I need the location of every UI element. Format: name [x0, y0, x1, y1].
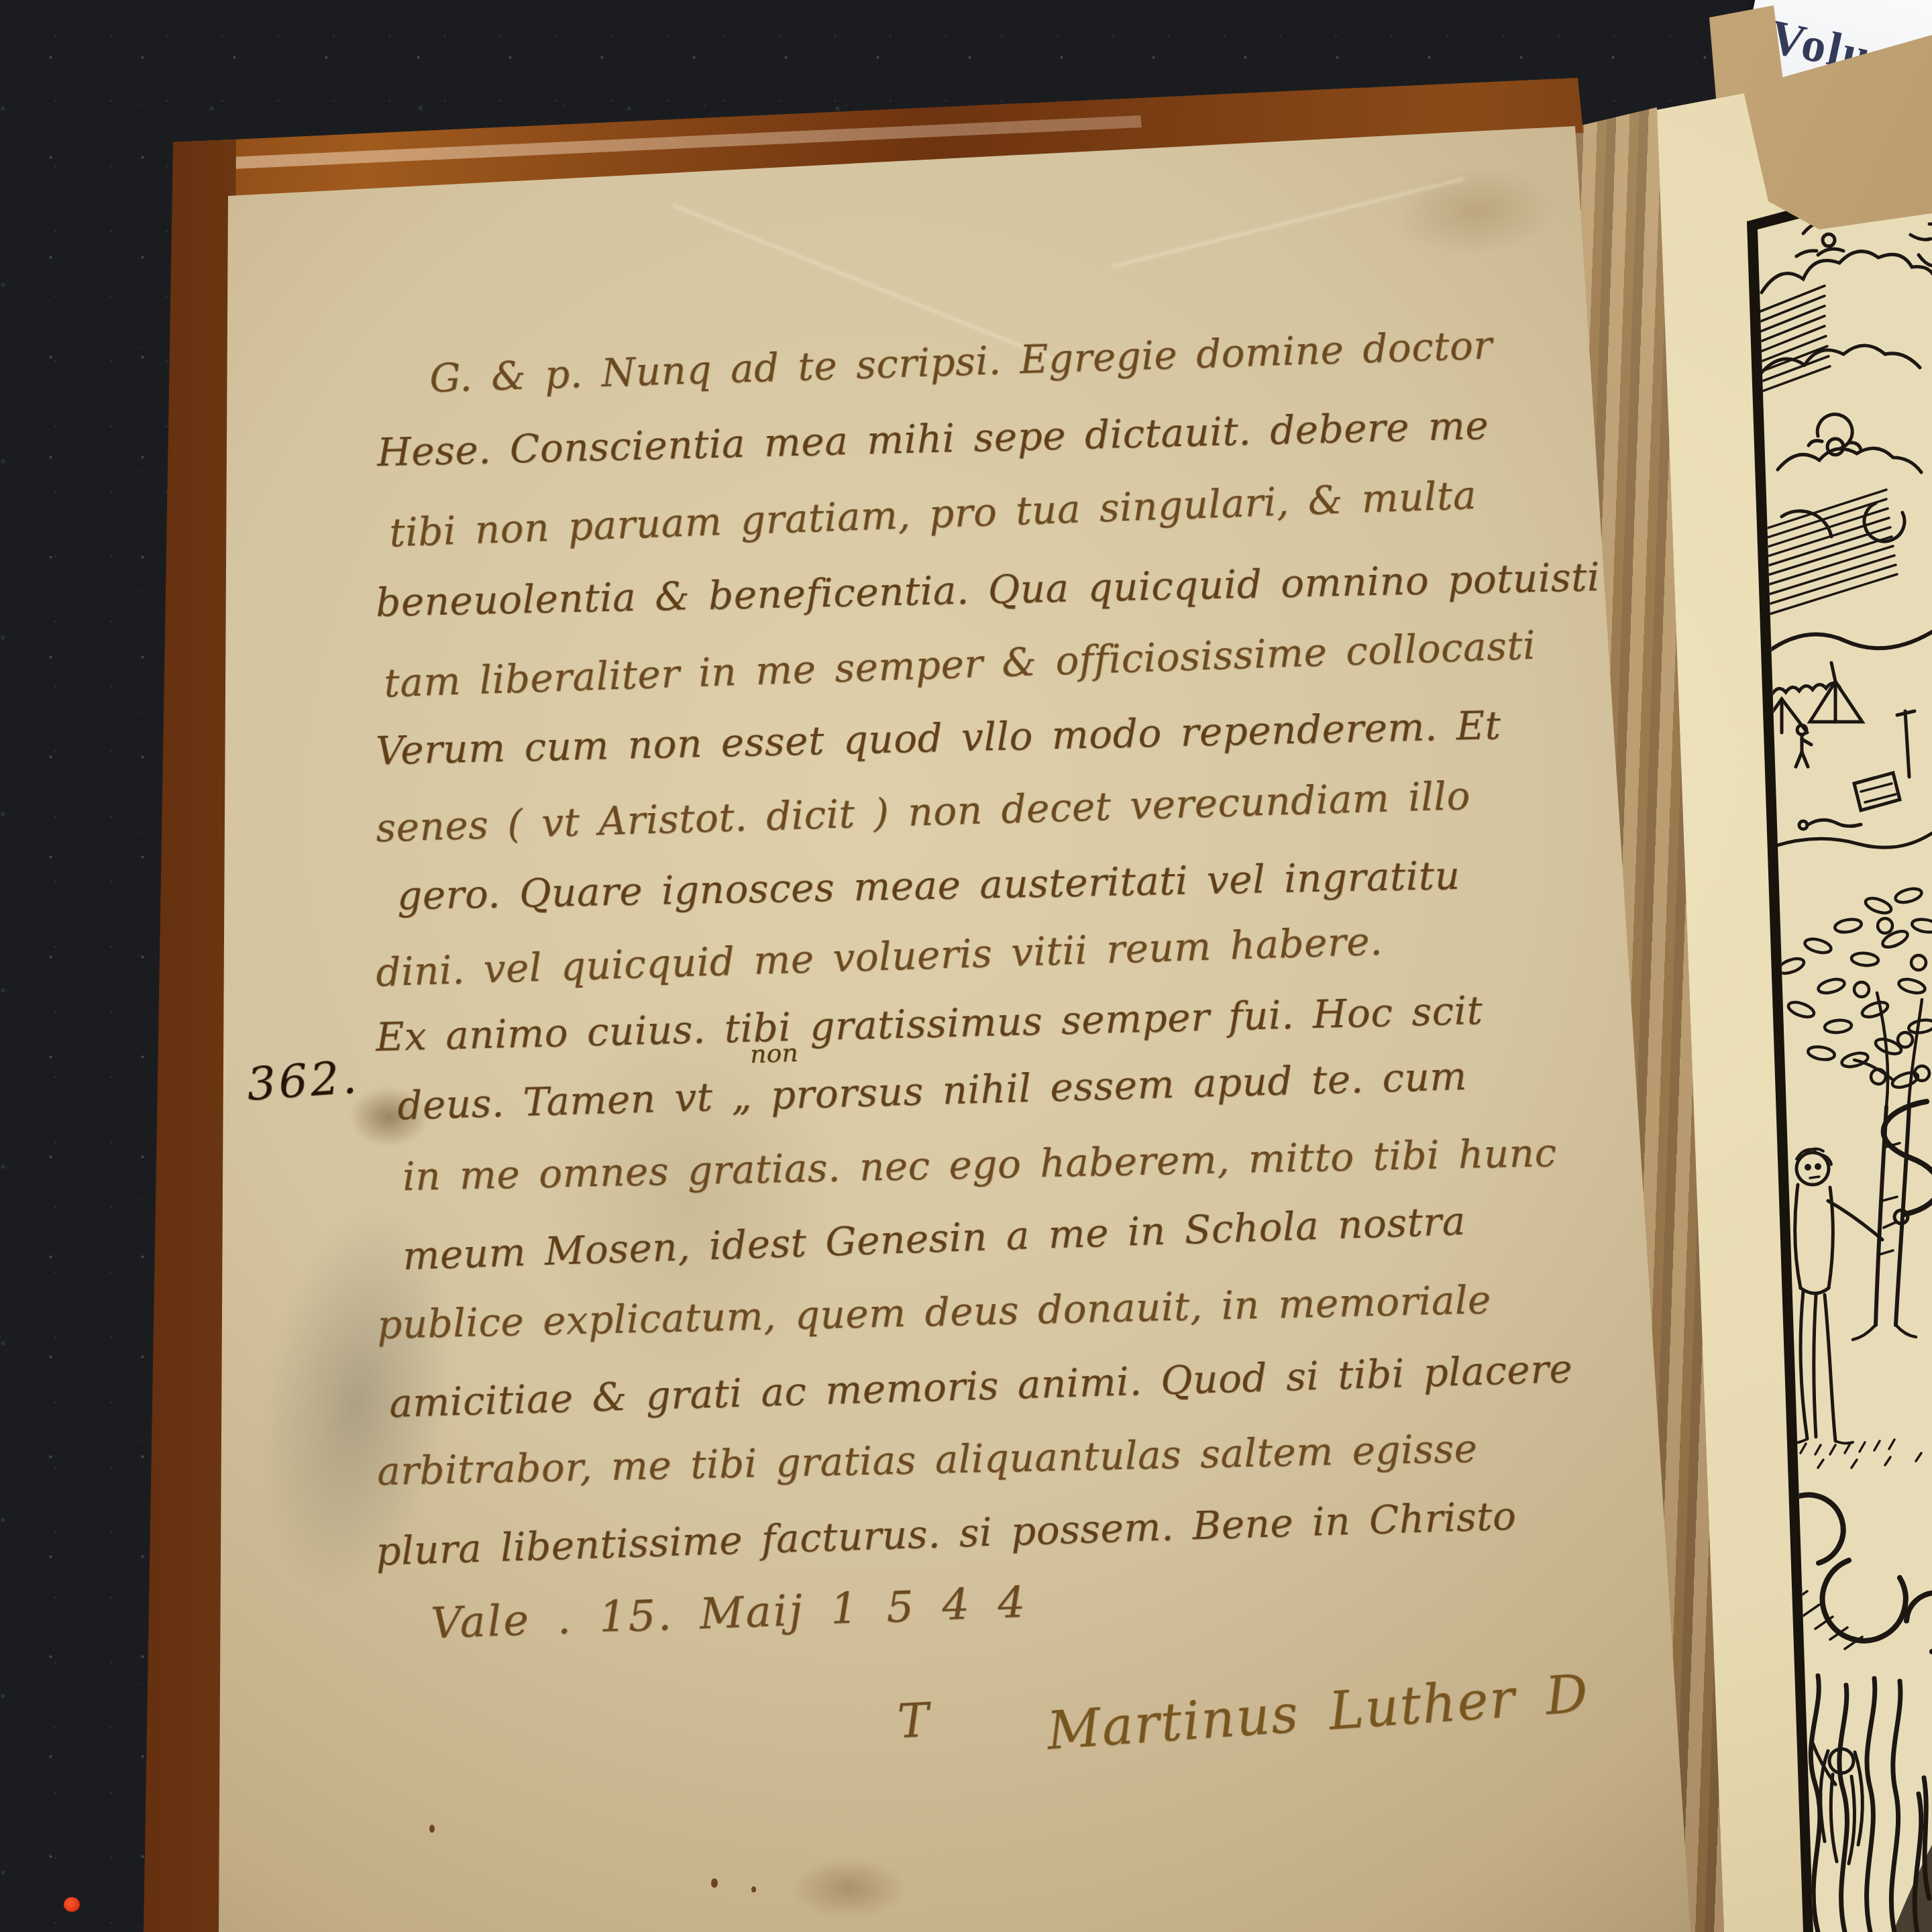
interlinear-word: non	[749, 1038, 798, 1069]
bottom-stain	[792, 1858, 906, 1919]
marginal-number: 362.	[245, 1051, 361, 1111]
genesis-woodcut	[1717, 154, 1932, 1932]
ink-speck	[429, 1825, 435, 1833]
ink-speck	[711, 1878, 718, 1888]
red-speck	[64, 1897, 80, 1912]
signature-mark: T	[896, 1693, 930, 1749]
ink-speck	[751, 1886, 756, 1892]
photograph-of-open-book: Volu	[0, 0, 1932, 1932]
